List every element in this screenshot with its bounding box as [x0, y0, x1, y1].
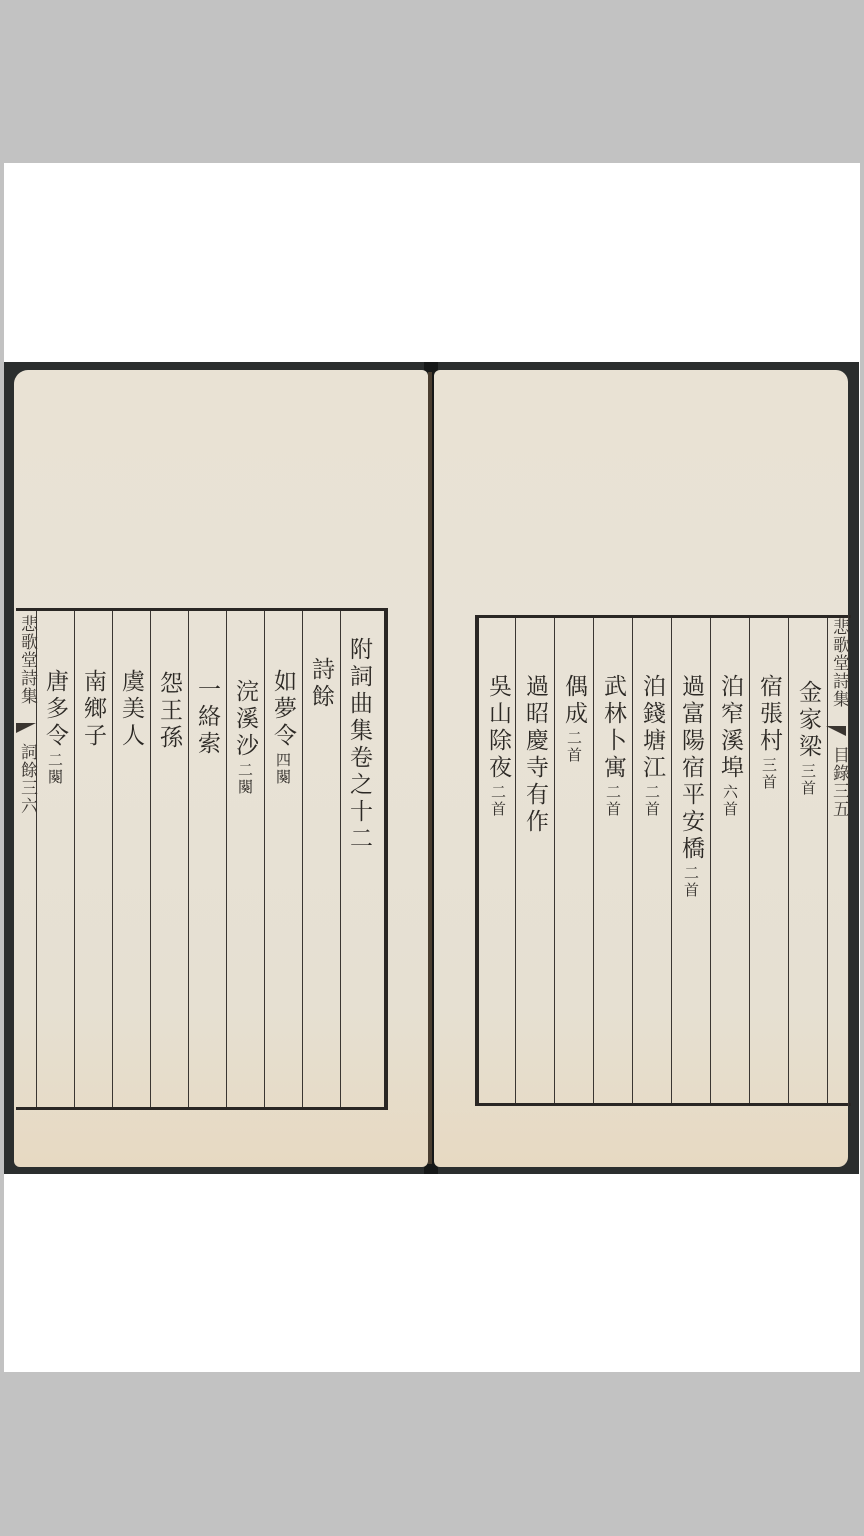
- toc-entry: 武林卜寓二首: [598, 674, 628, 818]
- page-gutter: [428, 372, 432, 1164]
- toc-entry: 如夢令四闋: [268, 669, 298, 786]
- toc-entry: 過昭慶寺有作: [520, 674, 550, 836]
- fishtail-mark-icon: [826, 726, 846, 736]
- right-page-frame: 金家梁三首 宿張村三首 泊窄溪埠六首 過富陽宿平安橋二首 泊錢塘江二首 武林卜寓…: [475, 615, 851, 1106]
- toc-entry: 偶成二首: [559, 674, 589, 764]
- toc-entry: 一絡索: [192, 677, 222, 758]
- toc-entry: 宿張村三首: [754, 674, 784, 791]
- right-margin-title: 悲歌堂詩集: [829, 618, 849, 708]
- toc-entry: 泊窄溪埠六首: [715, 674, 745, 818]
- toc-entry: 金家梁三首: [793, 680, 823, 797]
- left-page-frame: 悲歌堂詩集 詞餘三六 附詞曲集卷之十二 詩餘 如夢令四闋 浣溪沙二闋 一絡索 怨…: [16, 608, 388, 1110]
- toc-entry: 詩餘: [306, 657, 336, 711]
- right-margin-section: 目錄三五: [829, 746, 849, 818]
- toc-entry: 南鄉子: [78, 669, 108, 750]
- fishtail-mark-icon: [16, 723, 36, 733]
- toc-entry: 浣溪沙二闋: [230, 679, 260, 796]
- left-margin-section: 詞餘三六: [17, 743, 37, 815]
- toc-entry: 怨王孫: [154, 671, 184, 752]
- toc-entry: 虞美人: [116, 669, 146, 750]
- toc-entry: 吳山除夜二首: [483, 674, 513, 818]
- toc-entry: 過富陽宿平安橋二首: [676, 674, 706, 899]
- toc-entry: 唐多令二闋: [40, 669, 70, 786]
- left-margin-title: 悲歌堂詩集: [17, 615, 37, 705]
- toc-entry: 附詞曲集卷之十二: [344, 637, 374, 853]
- toc-entry: 泊錢塘江二首: [637, 674, 667, 818]
- right-margin-rule: [848, 615, 849, 1106]
